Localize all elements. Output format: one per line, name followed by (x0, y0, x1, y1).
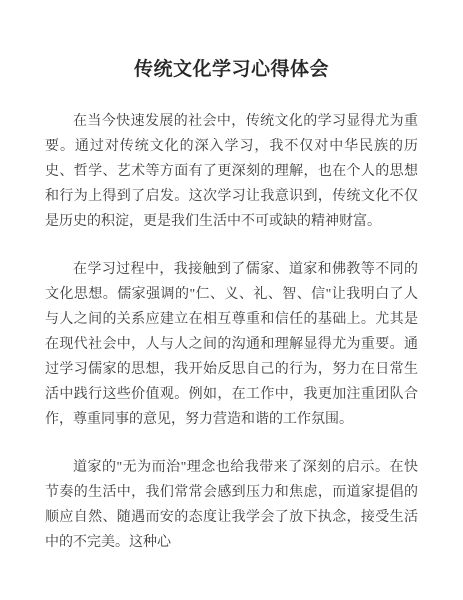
document-title: 传统文化学习心得体会 (45, 57, 418, 83)
body-paragraph-1: 在当今快速发展的社会中，传统文化的学习显得尤为重要。通过对传统文化的深入学习，我… (45, 109, 418, 234)
document-page: 传统文化学习心得体会 在当今快速发展的社会中，传统文化的学习显得尤为重要。通过对… (0, 0, 463, 600)
body-paragraph-2: 在学习过程中，我接触到了儒家、道家和佛教等不同的文化思想。儒家强调的"仁、义、礼… (45, 257, 418, 432)
body-paragraph-3: 道家的"无为而治"理念也给我带来了深刻的启示。在快节奏的生活中，我们常常会感到压… (45, 455, 418, 555)
